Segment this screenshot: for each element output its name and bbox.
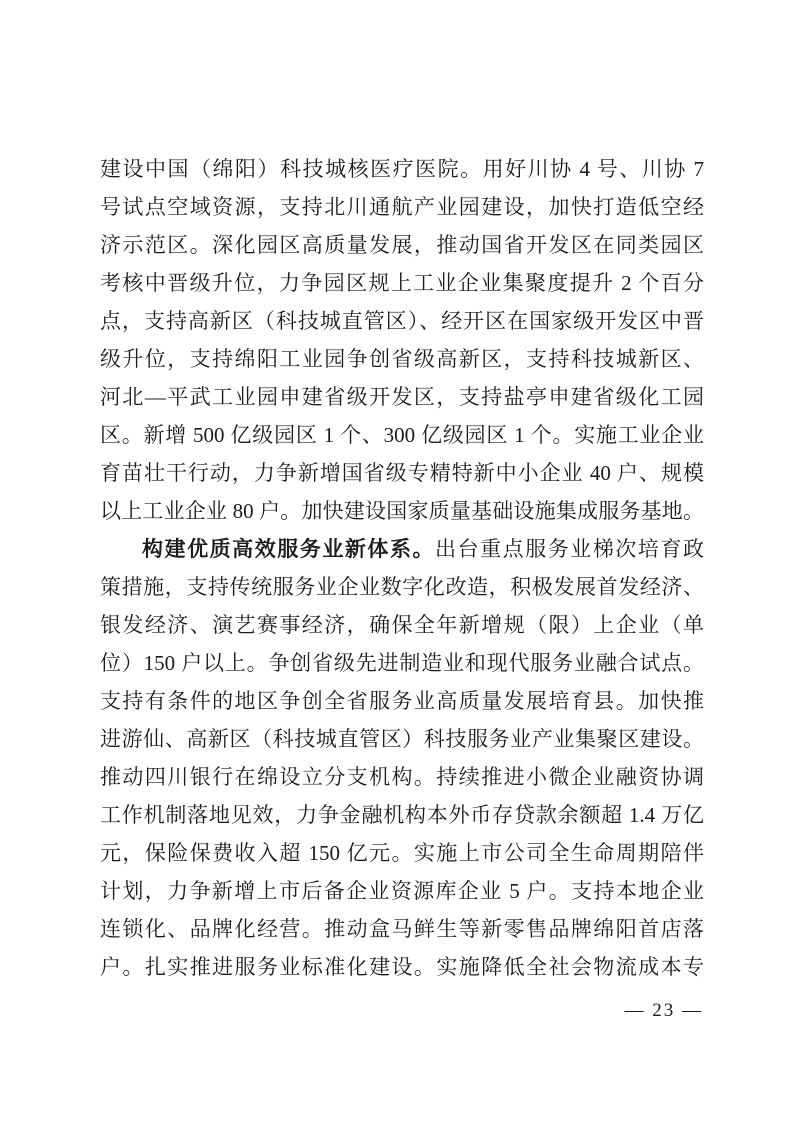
text-line: 育苗壮干行动，力争新增国省级专精特新中小企业 40 户、规模 bbox=[100, 454, 704, 492]
document-page: 建设中国（绵阳）科技城核医疗医院。用好川协 4 号、川协 7号试点空域资源，支持… bbox=[0, 0, 793, 1122]
text-line: 点，支持高新区（科技城直管区）、经开区在国家级开发区中晋 bbox=[100, 302, 704, 340]
body-text-block: 建设中国（绵阳）科技城核医疗医院。用好川协 4 号、川协 7号试点空域资源，支持… bbox=[100, 150, 704, 986]
paragraph-heading: 构建优质高效服务业新体系。 bbox=[142, 537, 435, 561]
text-line: 号试点空域资源，支持北川通航产业园建设，加快打造低空经 bbox=[100, 188, 704, 226]
text-line: 建设中国（绵阳）科技城核医疗医院。用好川协 4 号、川协 7 bbox=[100, 150, 704, 188]
text-line: 户。扎实推进服务业标准化建设。实施降低全社会物流成本专 bbox=[100, 948, 704, 986]
text-line: 级升位，支持绵阳工业园争创省级高新区，支持科技城新区、 bbox=[100, 340, 704, 378]
page-footer: — 23 — bbox=[625, 1000, 704, 1022]
text-line: 计划，力争新增上市后备企业资源库企业 5 户。支持本地企业 bbox=[100, 872, 704, 910]
text-line: 位）150 户以上。争创省级先进制造业和现代服务业融合试点。 bbox=[100, 644, 704, 682]
text-line: 区。新增 500 亿级园区 1 个、300 亿级园区 1 个。实施工业企业 bbox=[100, 416, 704, 454]
text-line: 工作机制落地见效，力争金融机构本外币存贷款余额超 1.4 万亿 bbox=[100, 796, 704, 834]
text-line: 支持有条件的地区争创全省服务业高质量发展培育县。加快推 bbox=[100, 682, 704, 720]
page-number: — 23 — bbox=[625, 1000, 704, 1021]
text-line: 元，保险保费收入超 150 亿元。实施上市公司全生命周期陪伴 bbox=[100, 834, 704, 872]
text-line: 以上工业企业 80 户。加快建设国家质量基础设施集成服务基地。 bbox=[100, 492, 704, 530]
text-line: 银发经济、演艺赛事经济，确保全年新增规（限）上企业（单 bbox=[100, 606, 704, 644]
text-line: 进游仙、高新区（科技城直管区）科技服务业产业集聚区建设。 bbox=[100, 720, 704, 758]
text-line: 连锁化、品牌化经营。推动盒马鲜生等新零售品牌绵阳首店落 bbox=[100, 910, 704, 948]
text-line: 推动四川银行在绵设立分支机构。持续推进小微企业融资协调 bbox=[100, 758, 704, 796]
text-line: 策措施，支持传统服务业企业数字化改造，积极发展首发经济、 bbox=[100, 568, 704, 606]
text-line: 济示范区。深化园区高质量发展，推动国省开发区在同类园区 bbox=[100, 226, 704, 264]
text-line: 河北—平武工业园申建省级开发区，支持盐亭申建省级化工园 bbox=[100, 378, 704, 416]
text-line: 考核中晋级升位，力争园区规上工业企业集聚度提升 2 个百分 bbox=[100, 264, 704, 302]
text-line: 构建优质高效服务业新体系。出台重点服务业梯次培育政 bbox=[100, 530, 704, 568]
